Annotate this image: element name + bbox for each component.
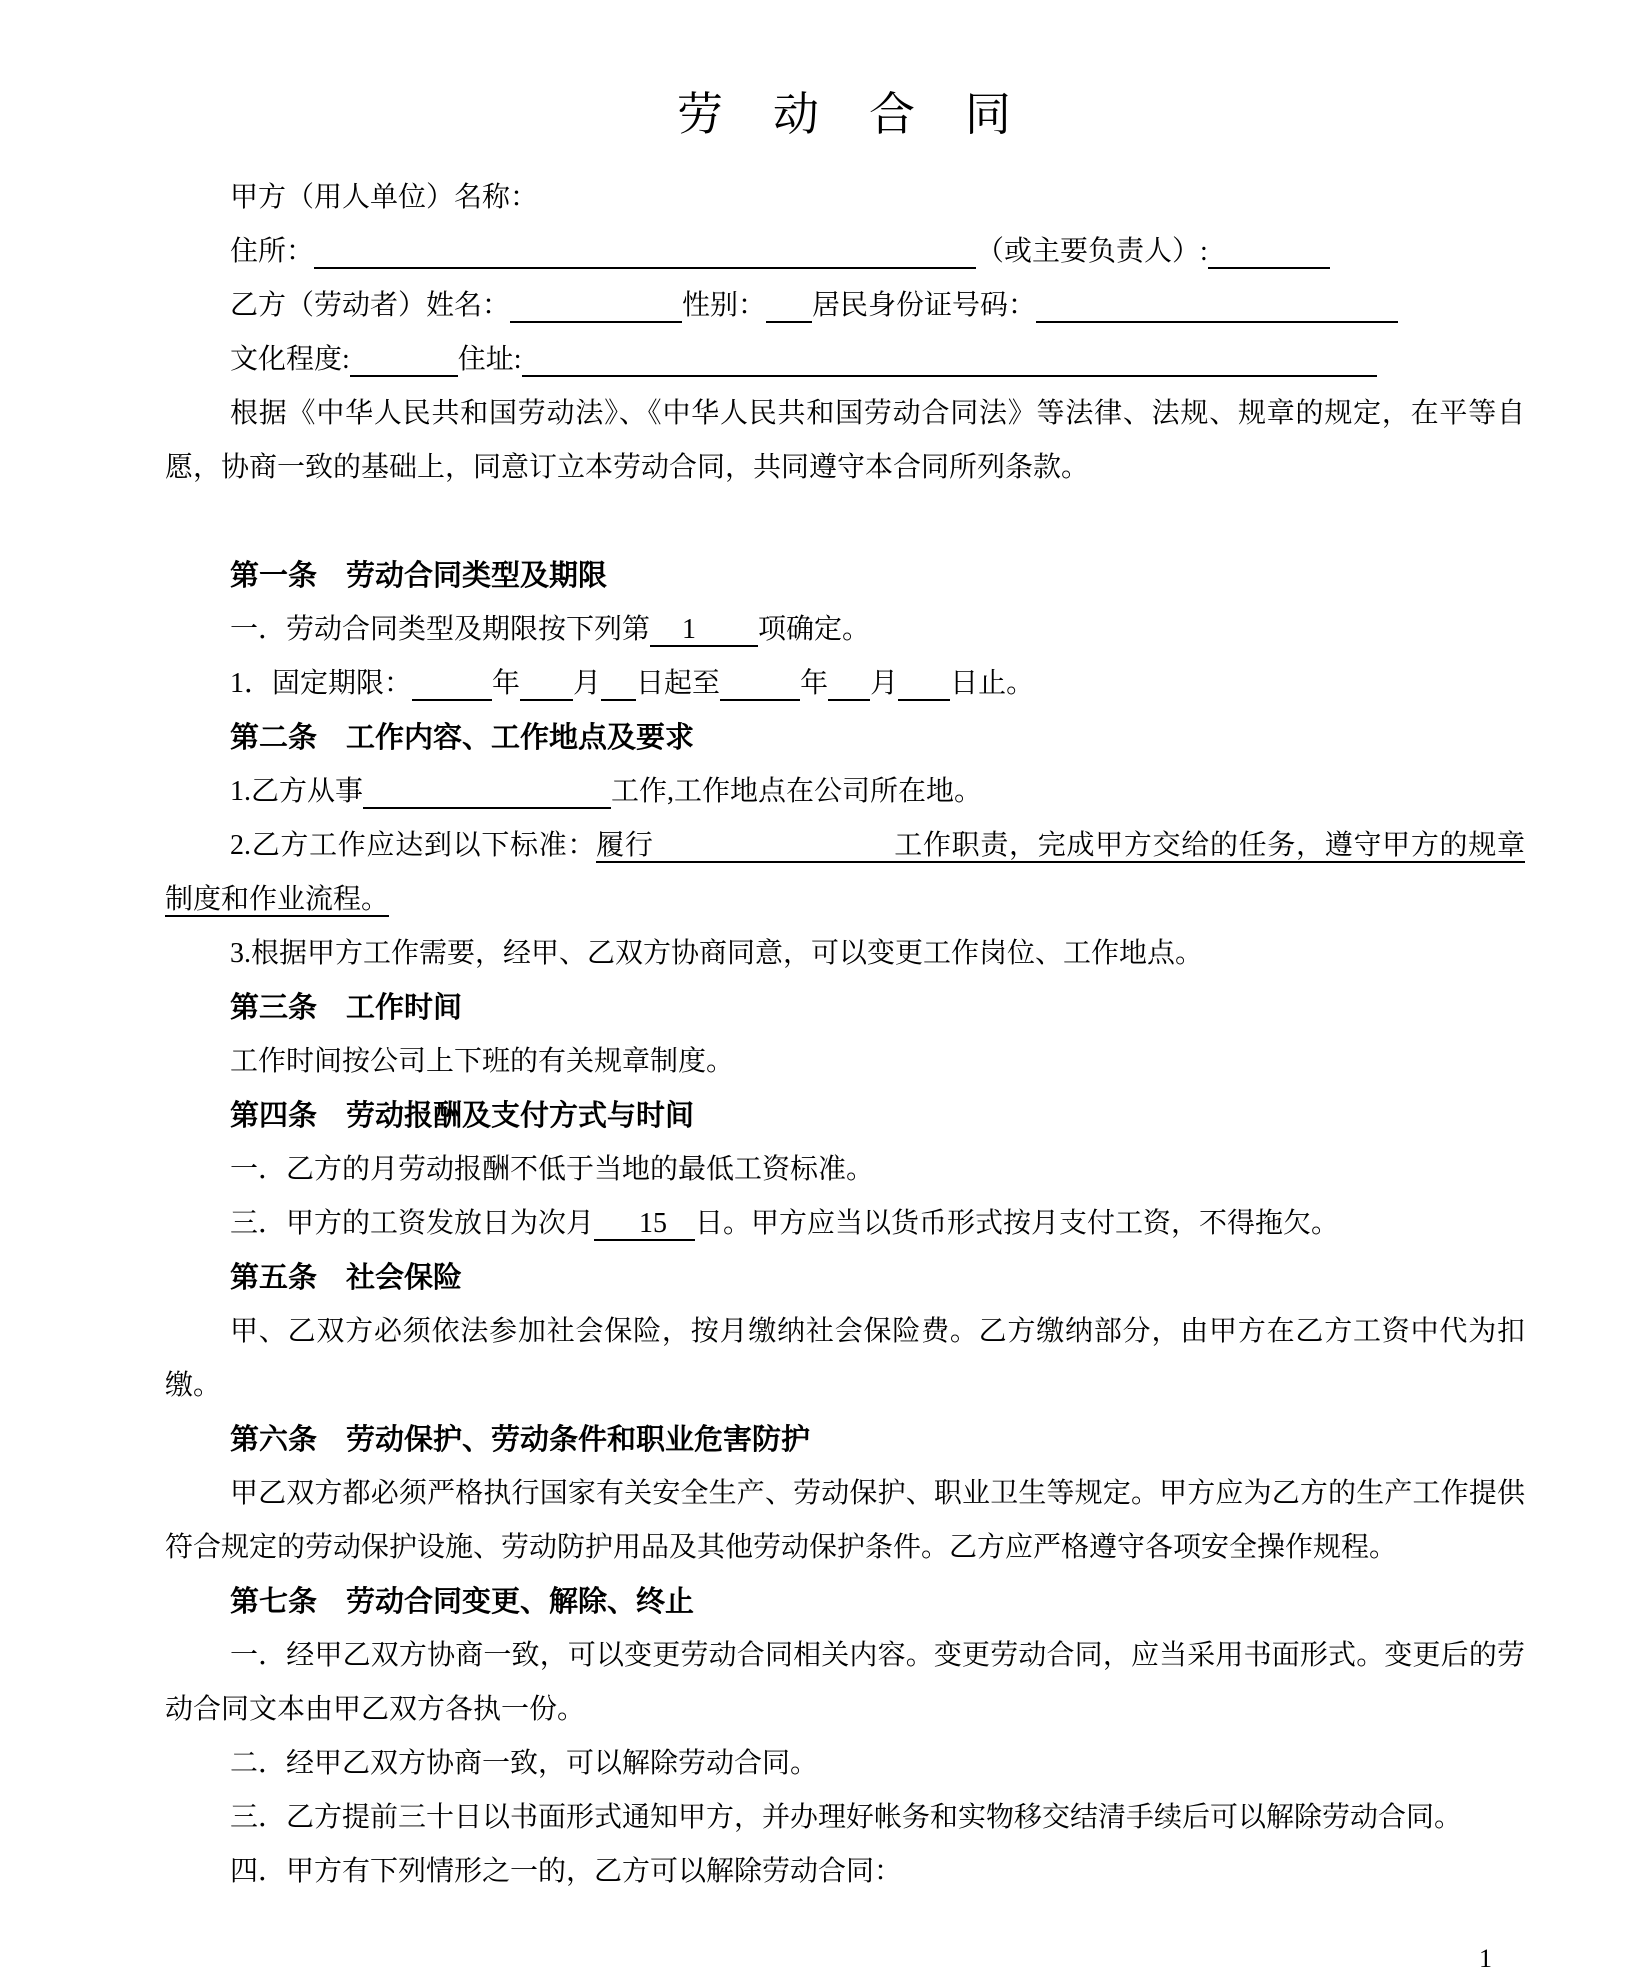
article7-item3-line: 三．乙方提前三十日以书面形式通知甲方，并办理好帐务和实物移交结清手续后可以解除劳…	[165, 1791, 1525, 1845]
contract-content: 劳 动 合 同 甲方（用人单位）名称： 住所：（或主要负责人）: 乙方（劳动者）…	[0, 0, 1632, 1899]
article6-body-paragraph: 甲乙双方都必须严格执行国家有关安全生产、劳动保护、职业卫生等规定。甲方应为乙方的…	[165, 1467, 1525, 1575]
salary-day-text-pre: 三．甲方的工资发放日为次月	[230, 1208, 594, 1239]
article2-heading: 第二条 工作内容、工作地点及要求	[165, 711, 1525, 765]
work-standard-paragraph: 2.乙方工作应达到以下标准：履行工作职责，完成甲方交给的任务，遵守甲方的规章制度…	[165, 819, 1525, 927]
party-a-name-line: 甲方（用人单位）名称：	[165, 171, 1525, 225]
article1-heading: 第一条 劳动合同类型及期限	[165, 549, 1525, 603]
gender-label: 性别：	[682, 290, 766, 321]
contract-type-field[interactable]: 1	[650, 614, 758, 647]
fixed-term-label: 1．固定期限：	[230, 668, 412, 699]
article5-body-paragraph: 甲、乙双方必须依法参加社会保险，按月缴纳社会保险费。乙方缴纳部分，由甲方在乙方工…	[165, 1305, 1525, 1413]
end-month-label: 月	[870, 668, 898, 699]
article7-item1-paragraph: 一．经甲乙双方协商一致，可以变更劳动合同相关内容。变更劳动合同，应当采用书面形式…	[165, 1629, 1525, 1737]
salary-day-value: 15	[639, 1208, 667, 1239]
contract-type-text-pre: 一．劳动合同类型及期限按下列第	[230, 614, 650, 645]
salary-day-line: 三．甲方的工资发放日为次月15日。甲方应当以货币形式按月支付工资，不得拖欠。	[165, 1197, 1525, 1251]
principal-label: （或主要负责人）:	[976, 236, 1208, 267]
job-text-post: 工作,工作地点在公司所在地。	[611, 776, 982, 807]
residence-blank[interactable]	[522, 344, 1377, 377]
principal-blank[interactable]	[1208, 236, 1330, 269]
job-title-blank[interactable]	[363, 776, 611, 809]
start-year-blank[interactable]	[412, 668, 492, 701]
gender-blank[interactable]	[766, 290, 812, 323]
education-blank[interactable]	[350, 344, 458, 377]
article2-item3-line: 3.根据甲方工作需要，经甲、乙双方协商同意，可以变更工作岗位、工作地点。	[165, 927, 1525, 981]
id-number-label: 居民身份证号码：	[812, 290, 1036, 321]
party-a-name-label: 甲方（用人单位）名称：	[230, 182, 538, 213]
start-month-label: 月	[573, 668, 601, 699]
article6-heading: 第六条 劳动保护、劳动条件和职业危害防护	[165, 1413, 1525, 1467]
contract-page: 劳 动 合 同 甲方（用人单位）名称： 住所：（或主要负责人）: 乙方（劳动者）…	[0, 0, 1632, 1984]
address-blank[interactable]	[314, 236, 976, 269]
article7-item4-line: 四．甲方有下列情形之一的，乙方可以解除劳动合同：	[165, 1845, 1525, 1899]
work-standard-fill-pre: 履行	[596, 830, 653, 861]
start-year-label: 年	[492, 668, 520, 699]
blank-line	[165, 495, 1525, 549]
end-day-blank[interactable]	[898, 668, 950, 701]
id-number-blank[interactable]	[1036, 290, 1398, 323]
end-year-blank[interactable]	[720, 668, 800, 701]
document-title: 劳 动 合 同	[165, 85, 1525, 145]
start-day-blank[interactable]	[601, 668, 636, 701]
preamble-paragraph: 根据《中华人民共和国劳动法》、《中华人民共和国劳动合同法》等法律、法规、规章的规…	[165, 387, 1525, 495]
salary-day-field[interactable]: 15	[594, 1208, 695, 1241]
contract-type-text-post: 项确定。	[758, 614, 870, 645]
start-month-blank[interactable]	[520, 668, 573, 701]
party-b-line: 乙方（劳动者）姓名：性别：居民身份证号码：	[165, 279, 1525, 333]
work-standard-label: 2.乙方工作应达到以下标准：	[230, 830, 596, 861]
address-line: 住所：（或主要负责人）:	[165, 225, 1525, 279]
start-day-label: 日起至	[636, 668, 720, 699]
address-label: 住所：	[230, 236, 314, 267]
job-text-pre: 1.乙方从事	[230, 776, 363, 807]
end-year-label: 年	[800, 668, 828, 699]
end-day-label: 日止。	[950, 668, 1034, 699]
contract-type-value: 1	[682, 614, 696, 645]
article3-heading: 第三条 工作时间	[165, 981, 1525, 1035]
party-b-name-blank[interactable]	[510, 290, 682, 323]
article5-heading: 第五条 社会保险	[165, 1251, 1525, 1305]
end-month-blank[interactable]	[828, 668, 870, 701]
party-b-name-label: 乙方（劳动者）姓名：	[230, 290, 510, 321]
education-line: 文化程度:住址:	[165, 333, 1525, 387]
job-line: 1.乙方从事工作,工作地点在公司所在地。	[165, 765, 1525, 819]
salary-day-text-post: 日。甲方应当以货币形式按月支付工资，不得拖欠。	[695, 1208, 1339, 1239]
residence-label: 住址:	[458, 344, 522, 375]
article4-heading: 第四条 劳动报酬及支付方式与时间	[165, 1089, 1525, 1143]
article7-item2-line: 二．经甲乙双方协商一致，可以解除劳动合同。	[165, 1737, 1525, 1791]
article1-item1-line: 一．劳动合同类型及期限按下列第1项确定。	[165, 603, 1525, 657]
article7-heading: 第七条 劳动合同变更、解除、终止	[165, 1575, 1525, 1629]
education-label: 文化程度:	[230, 344, 350, 375]
fixed-term-line: 1．固定期限：年月日起至年月日止。	[165, 657, 1525, 711]
article3-body-line: 工作时间按公司上下班的有关规章制度。	[165, 1035, 1525, 1089]
article4-item1-line: 一．乙方的月劳动报酬不低于当地的最低工资标准。	[165, 1143, 1525, 1197]
page-number: 1	[1479, 1946, 1492, 1972]
